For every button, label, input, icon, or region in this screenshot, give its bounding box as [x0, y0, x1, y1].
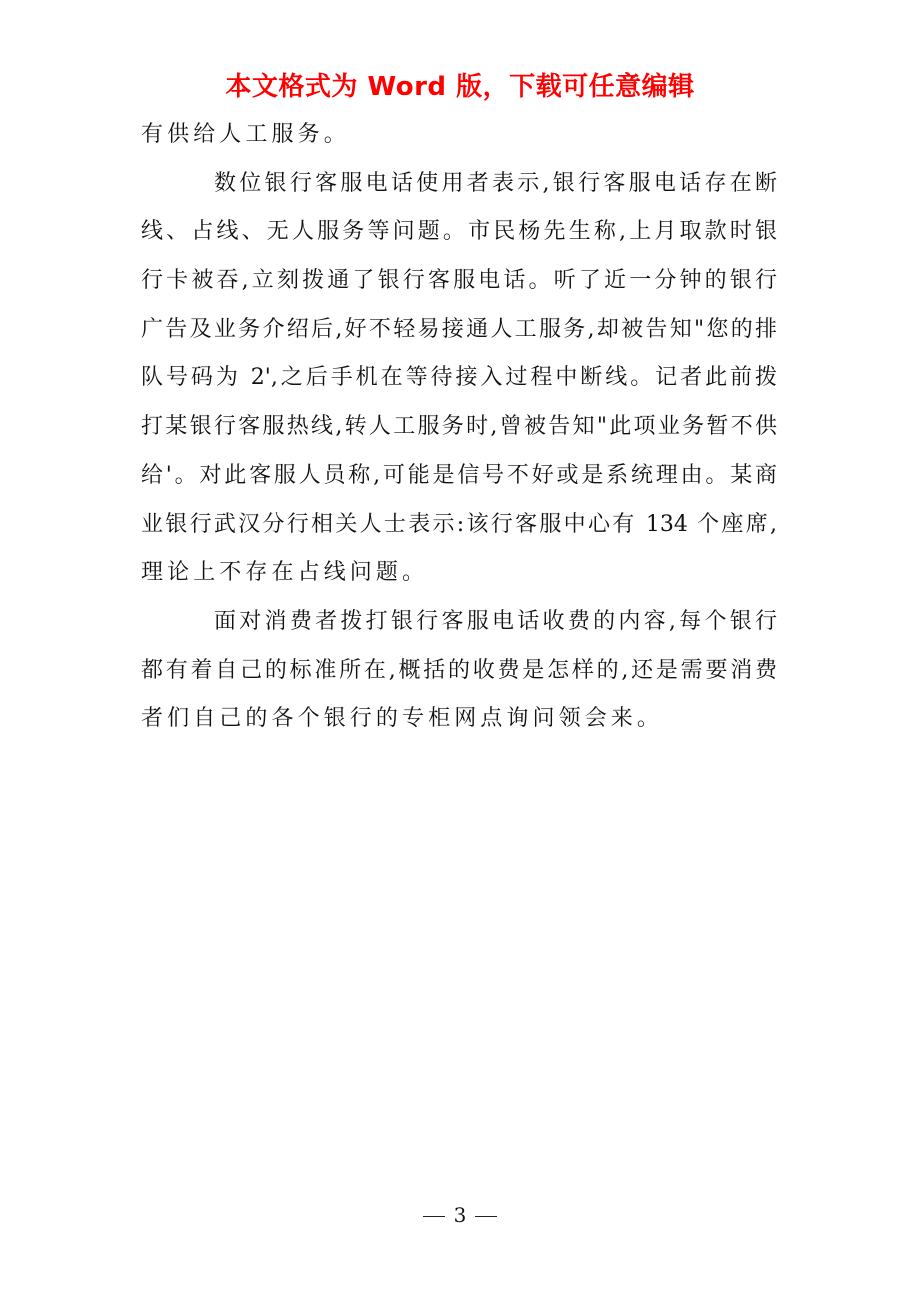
paragraph-1-line-1: 有供给人工服务。: [141, 115, 781, 164]
paragraph-2-line-6: 打某银行客服热线,转人工服务时,曾被告知"此项业务暂不供: [141, 407, 777, 456]
paragraph-3-line-1: 面对消费者拨打银行客服电话收费的内容,每个银行: [141, 602, 777, 651]
paragraph-2-line-1: 数位银行客服电话使用者表示,银行客服电话存在断: [141, 164, 777, 213]
paragraph-2-line-4: 广告及业务介绍后,好不轻易接通人工服务,却被告知"您的排: [141, 310, 777, 359]
paragraph-3-line-2: 都有着自己的标准所在,概括的收费是怎样的,还是需要消费: [141, 651, 777, 700]
document-body: 有供给人工服务。 数位银行客服电话使用者表示,银行客服电话存在断 线、占线、无人…: [141, 115, 781, 748]
paragraph-2-line-7: 给'。对此客服人员称,可能是信号不好或是系统理由。某商: [141, 456, 777, 505]
paragraph-2-line-5: 队号码为 2',之后手机在等待接入过程中断线。记者此前拨: [141, 358, 777, 407]
paragraph-2-line-9: 理论上不存在占线问题。: [141, 553, 781, 602]
page-number: 3: [454, 1203, 467, 1227]
right-dash-decoration: [475, 1216, 497, 1217]
word-format-banner: 本文格式为 Word 版，下载可任意编辑: [0, 68, 920, 106]
document-page: 本文格式为 Word 版，下载可任意编辑 有供给人工服务。 数位银行客服电话使用…: [0, 0, 920, 1302]
paragraph-2-line-3: 行卡被吞,立刻拨通了银行客服电话。听了近一分钟的银行: [141, 261, 777, 310]
paragraph-2-line-2: 线、占线、无人服务等问题。市民杨先生称,上月取款时银: [141, 212, 777, 261]
left-dash-decoration: [423, 1216, 445, 1217]
paragraph-2-line-8: 业银行武汉分行相关人士表示:该行客服中心有 134 个座席,: [141, 505, 777, 554]
paragraph-3-line-3: 者们自己的各个银行的专柜网点询问领会来。: [141, 699, 781, 748]
page-footer: 3: [0, 1200, 920, 1230]
